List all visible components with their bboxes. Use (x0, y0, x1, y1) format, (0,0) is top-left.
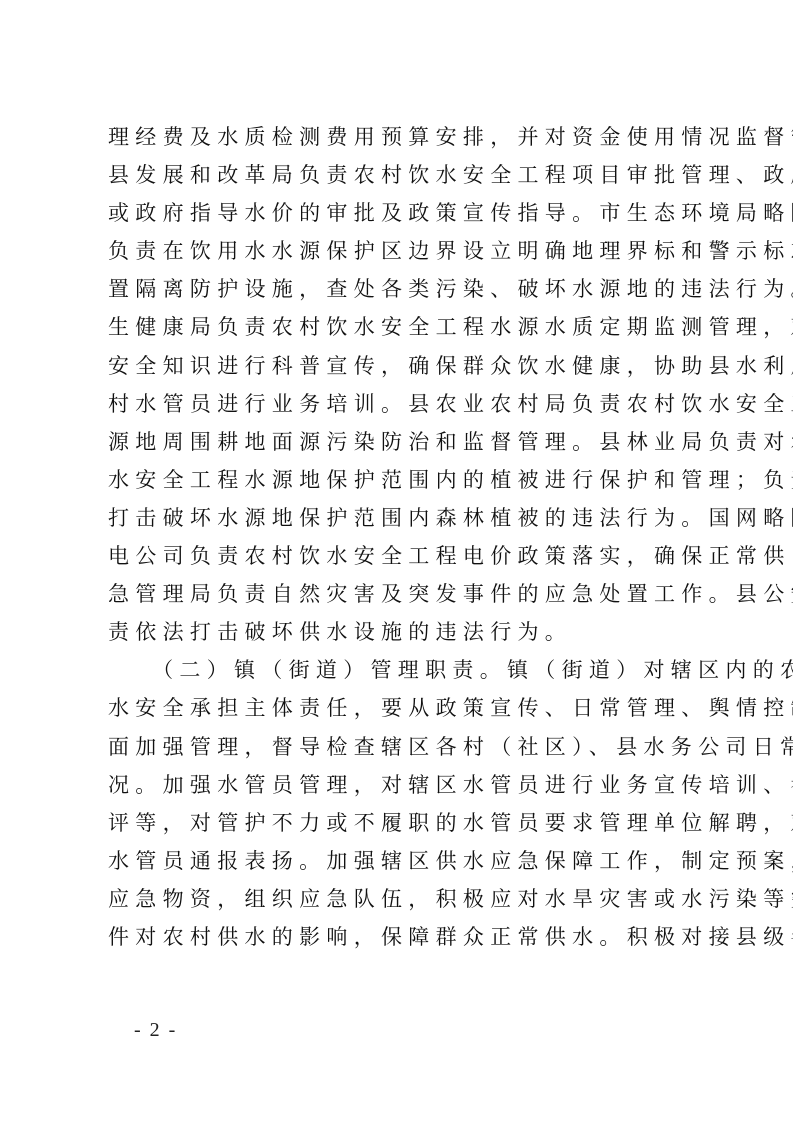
text-line: 评等，对管护不力或不履职的水管员要求管理单位解聘，对优秀 (108, 804, 718, 842)
text-line: 打击破坏水源地保护范围内森林植被的违法行为。国网略阳县供 (108, 499, 718, 537)
text-line: 源地周围耕地面源污染防治和监督管理。县林业局负责对农村饮 (108, 423, 718, 461)
text-line: 或政府指导水价的审批及政策宣传指导。市生态环境局略阳分局 (108, 194, 718, 232)
text-line: 电公司负责农村饮水安全工程电价政策落实，确保正常供电。应 (108, 537, 718, 575)
page-number: - 2 - (134, 1019, 177, 1042)
text-line: 村水管员进行业务培训。县农业农村局负责农村饮水安全工程水 (108, 385, 718, 423)
section-heading-line: （二）镇（街道）管理职责。镇（街道）对辖区内的农村饮 (108, 651, 718, 689)
document-body: 理经费及水质检测费用预算安排，并对资金使用情况监督管理。 县发展和改革局负责农村… (108, 118, 718, 956)
text-line: 责依法打击破坏供水设施的违法行为。 (108, 613, 718, 651)
text-line: 负责在饮用水水源保护区边界设立明确地理界标和警示标志，设 (108, 232, 718, 270)
text-line: 件对农村供水的影响，保障群众正常供水。积极对接县级各部门， (108, 918, 718, 956)
text-line: 急管理局负责自然灾害及突发事件的应急处置工作。县公安局负 (108, 575, 718, 613)
text-line: 理经费及水质检测费用预算安排，并对资金使用情况监督管理。 (108, 118, 718, 156)
text-line: 水安全工程水源地保护范围内的植被进行保护和管理；负责依法 (108, 461, 718, 499)
document-page: 理经费及水质检测费用预算安排，并对资金使用情况监督管理。 县发展和改革局负责农村… (0, 0, 793, 1122)
text-line: 水管员通报表扬。加强辖区供水应急保障工作，制定预案，落实 (108, 842, 718, 880)
text-line: 县发展和改革局负责农村饮水安全工程项目审批管理、政府定价 (108, 156, 718, 194)
text-line: 置隔离防护设施，查处各类污染、破坏水源地的违法行为。县卫 (108, 270, 718, 308)
text-line: 生健康局负责农村饮水安全工程水源水质定期监测管理，对饮水 (108, 308, 718, 346)
text-line: 应急物资，组织应急队伍，积极应对水旱灾害或水污染等突发事 (108, 880, 718, 918)
text-line: 面加强管理，督导检查辖区各村（社区）、县水务公司日常管理情 (108, 728, 718, 766)
text-line: 安全知识进行科普宣传，确保群众饮水健康，协助县水利局对农 (108, 347, 718, 385)
text-line: 水安全承担主体责任，要从政策宣传、日常管理、舆情控制等方 (108, 689, 718, 727)
text-line: 况。加强水管员管理，对辖区水管员进行业务宣传培训、考核考 (108, 766, 718, 804)
